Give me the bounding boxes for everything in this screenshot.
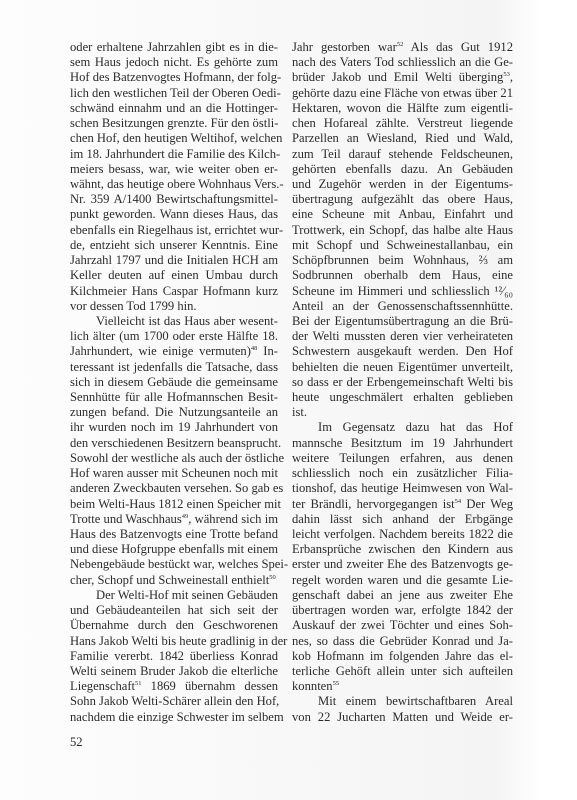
text-line: Im Gegensatz dazu hat das Hof: [292, 420, 513, 435]
text-line: Jahrzahl 1797 und die Initialen HCH am: [70, 253, 278, 268]
text-line: tionshof, das heutige Heimwesen von Wal-: [292, 481, 513, 496]
text-line: Auskauf der zwei Töchter und eines Soh-: [292, 618, 513, 633]
footnote-reference: 48: [251, 345, 258, 352]
text-line: Familie vererbt. 1842 überliess Konrad: [70, 649, 278, 664]
text-line: schliesslich noch ein zusätzlicher Filia…: [292, 466, 513, 481]
text-line: Erbansprüche zwischen den Kindern aus: [292, 542, 513, 557]
text-line: leicht verfolgen. Nachdem bereits 1822 d…: [292, 527, 513, 542]
text-line: und diese Hofgruppe ebenfalls mit einem: [70, 542, 278, 557]
text-line: dahin lässt sich anhand der Erbgänge: [292, 512, 513, 527]
text-line: Übernahme durch den Geschworenen: [70, 618, 278, 633]
text-line: anderen Zweckbauten versehen. So gab es: [70, 481, 278, 496]
text-line: Hof des Batzenvogtes Hofmann, der folg-: [70, 70, 278, 85]
text-line: ist.: [292, 405, 513, 420]
text-line: gehörten ebenfalls dazu. An Gebäuden: [292, 162, 513, 177]
text-line: nes, so dass die Gebrüder Konrad und Ja-: [292, 634, 513, 649]
text-line: und Zugehör werden in der Eigentums-: [292, 177, 513, 192]
text-line: schen Besitzungen grenzte. Für den östli…: [70, 116, 278, 131]
text-line: Nr. 359 A/1400 Bewirtschaftungsmittel-: [70, 192, 278, 207]
text-line: übertragen worden war, erfolgte 1842 der: [292, 603, 513, 618]
text-line: punkt geworden. Wann dieses Haus, das: [70, 207, 278, 222]
text-line: ihr wurden noch im 19 Jahrhundert von: [70, 420, 278, 435]
text-line: Keller deuten auf einen Umbau durch: [70, 268, 278, 283]
text-line: so dass er der Erbengemeinschaft Welti b…: [292, 375, 513, 390]
footnote-reference: 49: [182, 513, 189, 520]
text-line: Hans Jakob Welti bis heute gradlinig in …: [70, 634, 278, 649]
text-line: meiers besass, war, wie weiter oben er-: [70, 162, 278, 177]
text-line: Sowohl der westliche als auch der östlic…: [70, 451, 278, 466]
text-line: gehörte dazu eine Fläche von etwas über …: [292, 86, 513, 101]
text-line: ebenfalls ein Riegelhaus ist, errichtet …: [70, 223, 278, 238]
text-line: Sodbrunnen oberhalb dem Haus, eine: [292, 268, 513, 283]
text-line: brüder Jakob und Emil Welti überging53,: [292, 70, 513, 85]
text-line: Bei der Eigentumsübertragung an die Brü-: [292, 314, 513, 329]
footnote-reference: 51: [135, 680, 142, 687]
text-line: oder erhaltene Jahrzahlen gibt es in die…: [70, 40, 278, 55]
text-line: Sennhütte für alle Hofmannschen Besit-: [70, 390, 278, 405]
text-line: Nebengebäude bestückt war, welches Spei-: [70, 557, 278, 572]
text-line: teressant ist jedenfalls die Tatsache, d…: [70, 360, 278, 375]
text-line: Liegenschaft51 1869 übernahm dessen: [70, 679, 278, 694]
text-line: genschaft dabei an jene aus zweiter Ehe: [292, 588, 513, 603]
text-line: heute ungeschmälert erhalten geblieben: [292, 390, 513, 405]
text-line: von 22 Jucharten Matten und Weide er-: [292, 710, 513, 725]
text-line: Parzellen an Wiesland, Ried und Wald,: [292, 131, 513, 146]
text-line: zungen befand. Die Nutzungsanteile an: [70, 405, 278, 420]
text-line: eine Scheune mit Anbau, Einfahrt und: [292, 207, 513, 222]
text-line: mit Schopf und Schweinestallanbau, ein: [292, 238, 513, 253]
text-line: Hof waren ausser mit Scheunen noch mit: [70, 466, 278, 481]
text-line: wähnt, das heutige obere Wohnhaus Vers.-: [70, 177, 278, 192]
text-line: vor dessen Tod 1799 hin.: [70, 299, 278, 314]
text-line: ter Brändli, hervorgegangen ist54 Der We…: [292, 497, 513, 512]
text-line: Vielleicht ist das Haus aber wesent-: [70, 314, 278, 329]
text-line: lich den westlichen Teil der Oberen Oedi…: [70, 86, 278, 101]
text-line: sem Haus jedoch nicht. Es gehörte zum: [70, 55, 278, 70]
text-line: nach des Vaters Tod schliesslich an die …: [292, 55, 513, 70]
text-line: Sohn Jakob Welti-Schärer allein den Hof,: [70, 694, 278, 709]
text-line: Haus des Batzenvogts eine Trotte befand: [70, 527, 278, 542]
text-line: chen Hofareal zählte. Verstreut liegende: [292, 116, 513, 131]
text-line: Hektaren, wovon die Hälfte zum eigentli-: [292, 101, 513, 116]
text-line: Kilchmeier Hans Caspar Hofmann kurz: [70, 284, 278, 299]
text-line: zum Teil darauf stehende Feldscheunen,: [292, 147, 513, 162]
text-line: cher, Schopf und Schweinestall enthielt5…: [70, 573, 278, 588]
text-line: den verschiedenen Besitzern beansprucht.: [70, 436, 278, 451]
text-line: übertragung aufgezählt das obere Haus,: [292, 192, 513, 207]
footnote-reference: 50: [269, 574, 276, 581]
text-line: lich älter (um 1700 oder erste Hälfte 18…: [70, 329, 278, 344]
text-line: Anteil an der Genossenschaftssennhütte.: [292, 299, 513, 314]
footnote-reference: 55: [333, 680, 340, 687]
footnote-reference: 54: [455, 498, 462, 505]
text-line: mannsche Besitztum im 19 Jahrhundert: [292, 436, 513, 451]
text-line: chen Hof, den heutigen Weltihof, welchen: [70, 131, 278, 146]
text-line: Mit einem bewirtschaftbaren Areal: [292, 694, 513, 709]
text-line: und Gebäudeanteilen hat sich seit der: [70, 603, 278, 618]
text-line: beim Welti-Haus 1812 einen Speicher mit: [70, 497, 278, 512]
text-line: Der Welti-Hof mit seinen Gebäuden: [70, 588, 278, 603]
text-line: im 18. Jahrhundert die Familie des Kilch…: [70, 147, 278, 162]
text-line: Welti seinem Bruder Jakob die elterliche: [70, 664, 278, 679]
text-line: nachdem die einzige Schwester im selbem: [70, 710, 278, 725]
text-line: Schwestern ausgekauft werden. Den Hof: [292, 344, 513, 359]
text-line: kob Hofmann im folgenden Jahre das el-: [292, 649, 513, 664]
text-line: schwänd einnahm und an die Hottinger-: [70, 101, 278, 116]
text-column-left: oder erhaltene Jahrzahlen gibt es in die…: [70, 40, 278, 725]
text-line: sich in diesem Gebäude die gemeinsame: [70, 375, 278, 390]
page-number: 52: [70, 735, 83, 750]
footnote-reference: 52: [397, 41, 404, 48]
text-line: konnten55: [292, 679, 513, 694]
text-line: Scheune im Himmeri und schliesslich ¹²⁄₆…: [292, 284, 513, 299]
footnote-reference: 53: [503, 71, 510, 78]
text-line: Jahr gestorben war52 Als das Gut 1912: [292, 40, 513, 55]
text-line: weitere Teilungen erfahren, aus denen: [292, 451, 513, 466]
text-line: behielten die neuen Eigentümer unverteil…: [292, 360, 513, 375]
text-line: Trottwerk, ein Schopf, das halbe alte Ha…: [292, 223, 513, 238]
text-line: Schöpfbrunnen beim Wohnhaus, ⅔ am: [292, 253, 513, 268]
text-line: erster und zweiter Ehe des Batzenvogts g…: [292, 557, 513, 572]
text-line: Trotte und Waschhaus49, während sich im: [70, 512, 278, 527]
text-line: de, entzieht sich unserer Kenntnis. Eine: [70, 238, 278, 253]
text-line: der Welti mussten deren vier verheiratet…: [292, 329, 513, 344]
text-line: terliche Gehöft allein unter sich auftei…: [292, 664, 513, 679]
text-line: Jahrhundert, wie einige vermuten)48 In-: [70, 344, 278, 359]
text-line: regelt worden waren und die gesamte Lie-: [292, 573, 513, 588]
text-column-right: Jahr gestorben war52 Als das Gut 1912nac…: [292, 40, 513, 725]
